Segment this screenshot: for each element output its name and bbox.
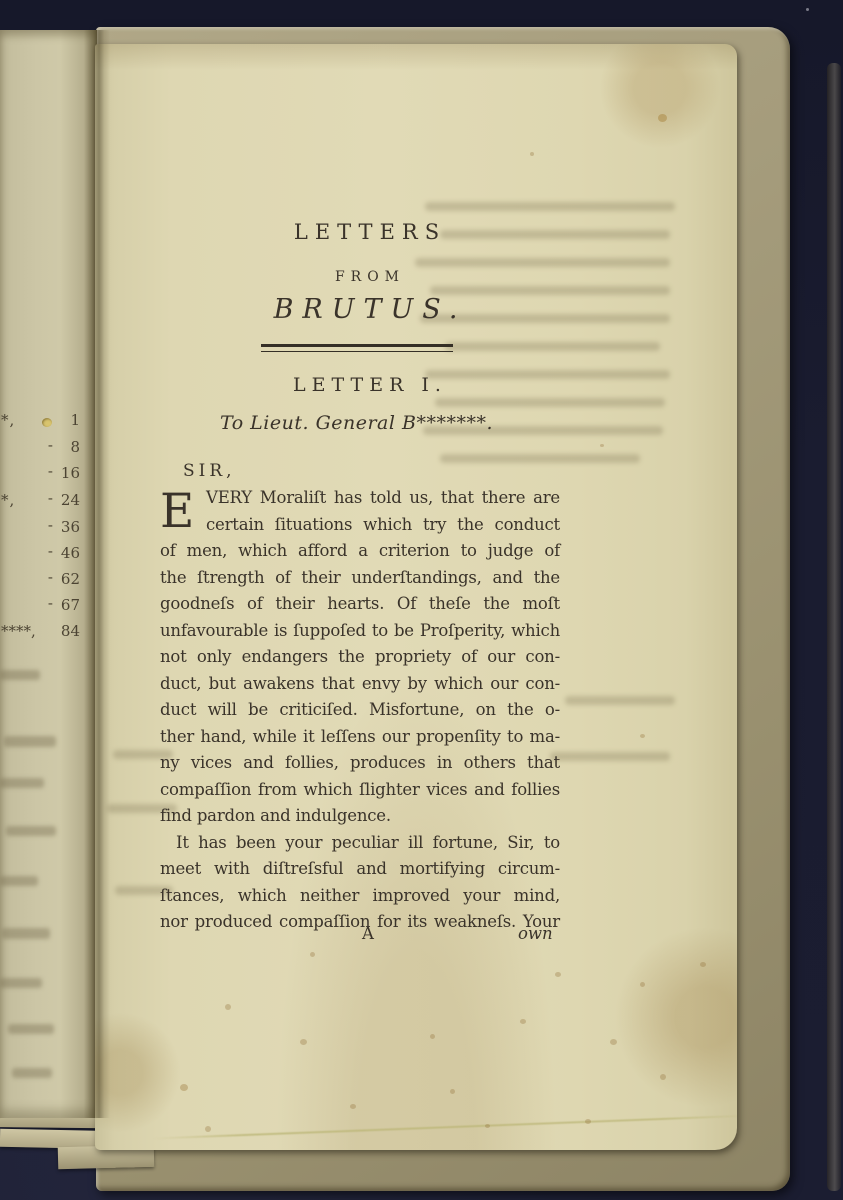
cover-board-edge	[827, 63, 841, 1191]
body-line: VERY Moraliſt has told us, that there ar…	[160, 485, 560, 512]
showthrough-text	[550, 752, 670, 761]
body-line: duct will be criticiſed. Misfortune, on …	[160, 697, 560, 724]
body-line: of men, which afford a criterion to judg…	[160, 538, 560, 565]
contents-row: - 46	[0, 544, 97, 568]
showthrough-text	[445, 342, 660, 351]
body-line: unfavourable is ſuppoſed to be Proſperit…	[160, 618, 560, 645]
contents-leader: -	[48, 462, 53, 480]
showthrough-text	[0, 876, 38, 886]
dust-speck	[806, 8, 809, 11]
contents-page-number: 16	[61, 464, 80, 482]
foxing-spot	[225, 1004, 231, 1010]
book-title-line2: FROM	[95, 269, 645, 285]
page-surface: LETTERS FROM BRUTUS. LETTER I. To Lieut.…	[95, 44, 737, 1150]
showthrough-text	[415, 258, 670, 267]
body-line: certain ſituations which try the conduct	[160, 512, 560, 539]
showthrough-text	[12, 1068, 52, 1078]
drop-cap: E	[160, 488, 206, 538]
contents-leader: -	[48, 568, 53, 586]
contents-page-number: 67	[61, 596, 80, 614]
catchword: own	[518, 924, 553, 943]
foxing-spot	[180, 1084, 188, 1091]
book-title-line3: BRUTUS.	[95, 294, 645, 325]
foxing-spot	[585, 1119, 591, 1124]
foxing-spot	[350, 1104, 356, 1109]
book-page: LETTERS FROM BRUTUS. LETTER I. To Lieut.…	[95, 44, 737, 1150]
body-line: goodneſs of their hearts. Of theſe the m…	[160, 591, 560, 618]
foxing-spot	[640, 734, 645, 738]
foxing-spot	[660, 1074, 666, 1080]
book-gutter	[84, 30, 110, 1118]
signature-row: A own	[160, 924, 560, 951]
photo-background: *, 1 - 8 - 16 *, - 24 - 36 - 46	[0, 0, 843, 1200]
letter-body: E VERY Moraliſt has told us, that there …	[160, 485, 560, 936]
paper-spot	[42, 418, 52, 427]
body-line: meet with diſtreſsful and mortifying cir…	[160, 856, 560, 883]
foxing-spot	[430, 1034, 435, 1039]
foxing-spot	[600, 444, 604, 447]
contents-leader: -	[48, 516, 53, 534]
foxing-spot	[555, 972, 561, 977]
foxing-spot	[300, 1039, 307, 1045]
showthrough-text	[0, 670, 40, 680]
foxing-spot	[700, 962, 706, 967]
contents-row: ****, 84	[0, 622, 97, 646]
foxing-spot	[640, 982, 645, 987]
contents-page-number: 46	[61, 544, 80, 562]
letter-heading: LETTER I.	[95, 374, 645, 396]
contents-fragment: *,	[1, 491, 15, 509]
double-rule-divider	[261, 344, 453, 352]
foxing-spot	[450, 1089, 455, 1094]
contents-page-number: 36	[61, 518, 80, 536]
salutation: SIR,	[183, 461, 236, 481]
showthrough-text	[6, 826, 56, 836]
contents-leader: -	[48, 594, 53, 612]
contents-page-number: 8	[70, 438, 80, 456]
showthrough-text	[0, 778, 44, 788]
book-title-line1: LETTERS	[95, 220, 645, 244]
body-line: not only endangers the propriety of our …	[160, 644, 560, 671]
showthrough-text	[8, 1024, 54, 1034]
foxing-spot	[520, 1019, 526, 1024]
showthrough-text	[0, 978, 42, 988]
foxing-spot	[658, 114, 667, 122]
contents-row: *, - 24	[0, 491, 97, 515]
showthrough-text	[4, 736, 56, 747]
foxing-spot	[610, 1039, 617, 1045]
foxing-spot	[485, 1124, 490, 1128]
contents-row: - 62	[0, 570, 97, 594]
signature-mark: A	[362, 924, 374, 943]
contents-fragment: *,	[1, 411, 15, 429]
showthrough-text	[435, 398, 665, 407]
contents-page-number: 62	[61, 570, 80, 588]
body-line: compaſſion from which ſlighter vices and…	[160, 777, 560, 804]
body-line: It has been your peculiar ill fortune, S…	[160, 830, 560, 857]
body-line: ny vices and follies, produces in others…	[160, 750, 560, 777]
showthrough-text	[2, 928, 50, 939]
contents-page-number: 24	[61, 491, 80, 509]
body-line: the ſtrength of their underſtandings, an…	[160, 565, 560, 592]
paper-crease	[153, 1114, 737, 1139]
foxing-spot	[205, 1126, 211, 1132]
body-line: ſtances, which neither improved your min…	[160, 883, 560, 910]
foxing-spot	[530, 152, 534, 156]
contents-leader: -	[48, 489, 53, 507]
contents-fragment: ****,	[1, 622, 36, 640]
foxing-spot	[310, 952, 315, 957]
contents-leader: -	[48, 542, 53, 560]
facing-page: *, 1 - 8 - 16 *, - 24 - 36 - 46	[0, 30, 97, 1118]
contents-row: - 67	[0, 596, 97, 620]
showthrough-text	[440, 454, 640, 463]
contents-row: - 8	[0, 438, 97, 462]
contents-page-number: 1	[70, 411, 80, 429]
body-line: duct, but awakens that envy by which our…	[160, 671, 560, 698]
contents-row: - 36	[0, 518, 97, 542]
dedication-line: To Lieut. General B*******.	[220, 412, 493, 434]
showthrough-text	[565, 696, 675, 705]
contents-page-number: 84	[61, 622, 80, 640]
contents-leader: -	[48, 436, 53, 454]
contents-row: - 16	[0, 464, 97, 488]
body-line: ther hand, while it leſſens our propenſi…	[160, 724, 560, 751]
body-line: find pardon and indulgence.	[160, 803, 560, 830]
showthrough-text	[425, 202, 675, 211]
